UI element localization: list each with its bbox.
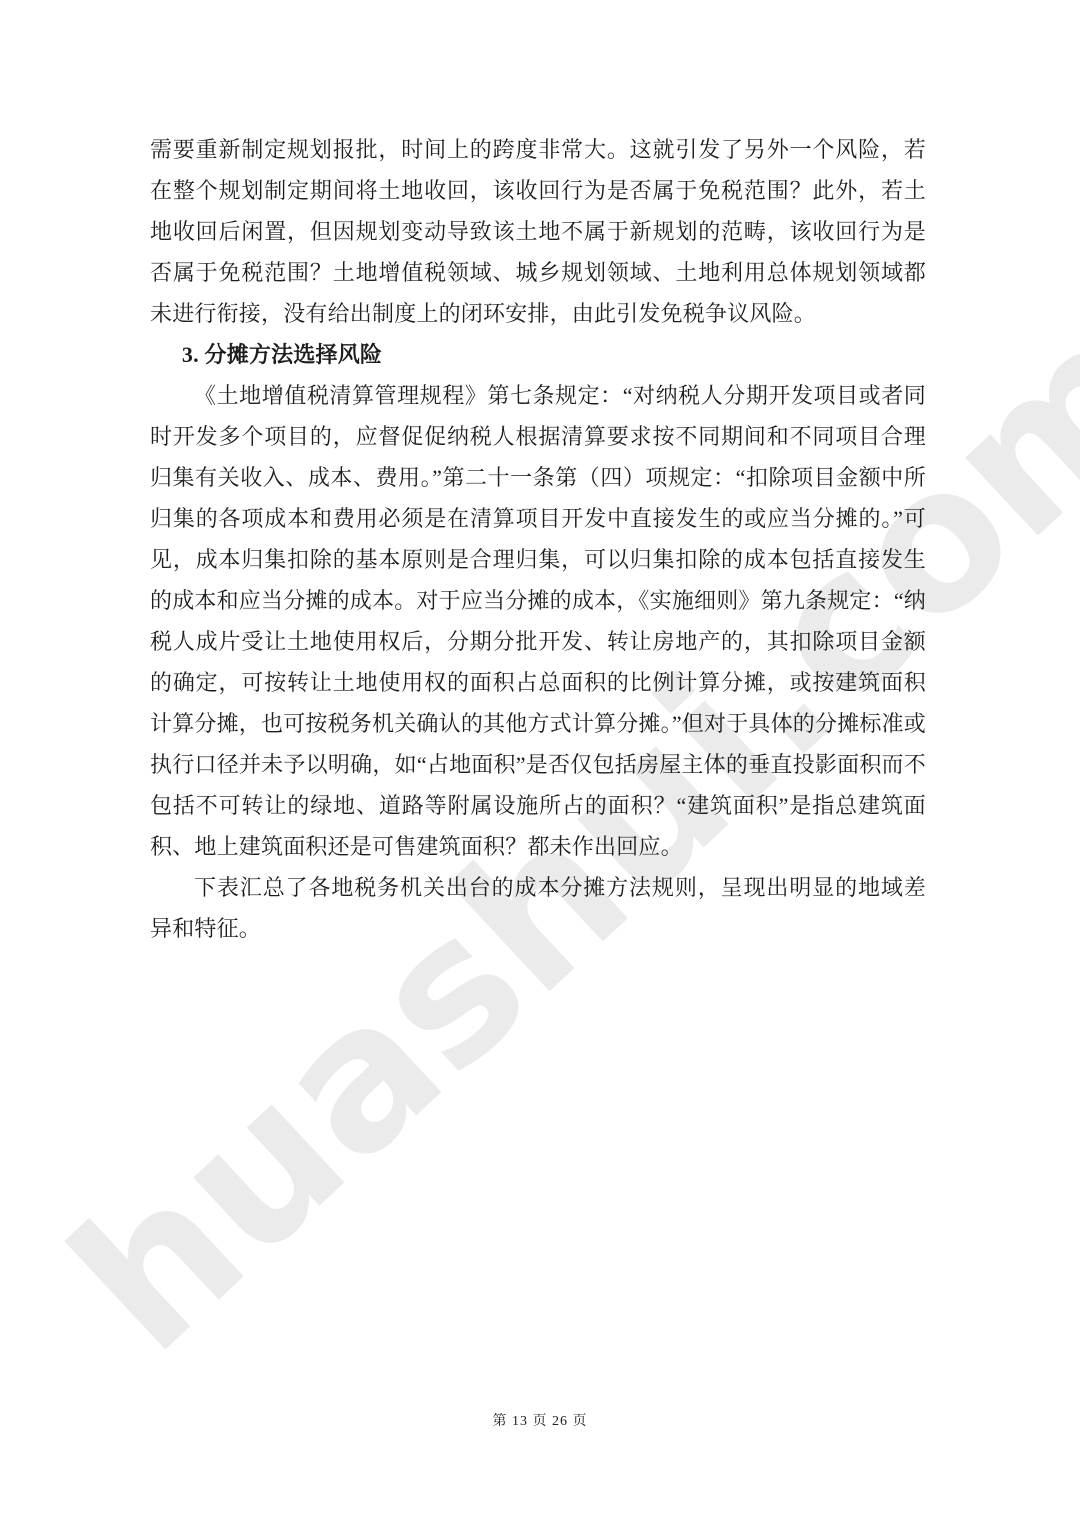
paragraph-regulation-quote: 《土地增值税清算管理规程》第七条规定：“对纳税人分期开发项目或者同时开发多个项目… [150,375,926,867]
page-number: 第 13 页 26 页 [0,1410,1080,1430]
paragraph-table-intro: 下表汇总了各地税务机关出台的成本分摊方法规则，呈现出明显的地域差异和特征。 [150,867,926,949]
document-page: huashui.com 需要重新制定规划报批，时间上的跨度非常大。这就引发了另外… [0,0,1080,1527]
section-heading: 3. 分摊方法选择风险 [150,334,926,375]
paragraph-continuation: 需要重新制定规划报批，时间上的跨度非常大。这就引发了另外一个风险，若在整个规划制… [150,129,926,334]
document-body: 需要重新制定规划报批，时间上的跨度非常大。这就引发了另外一个风险，若在整个规划制… [150,129,926,949]
